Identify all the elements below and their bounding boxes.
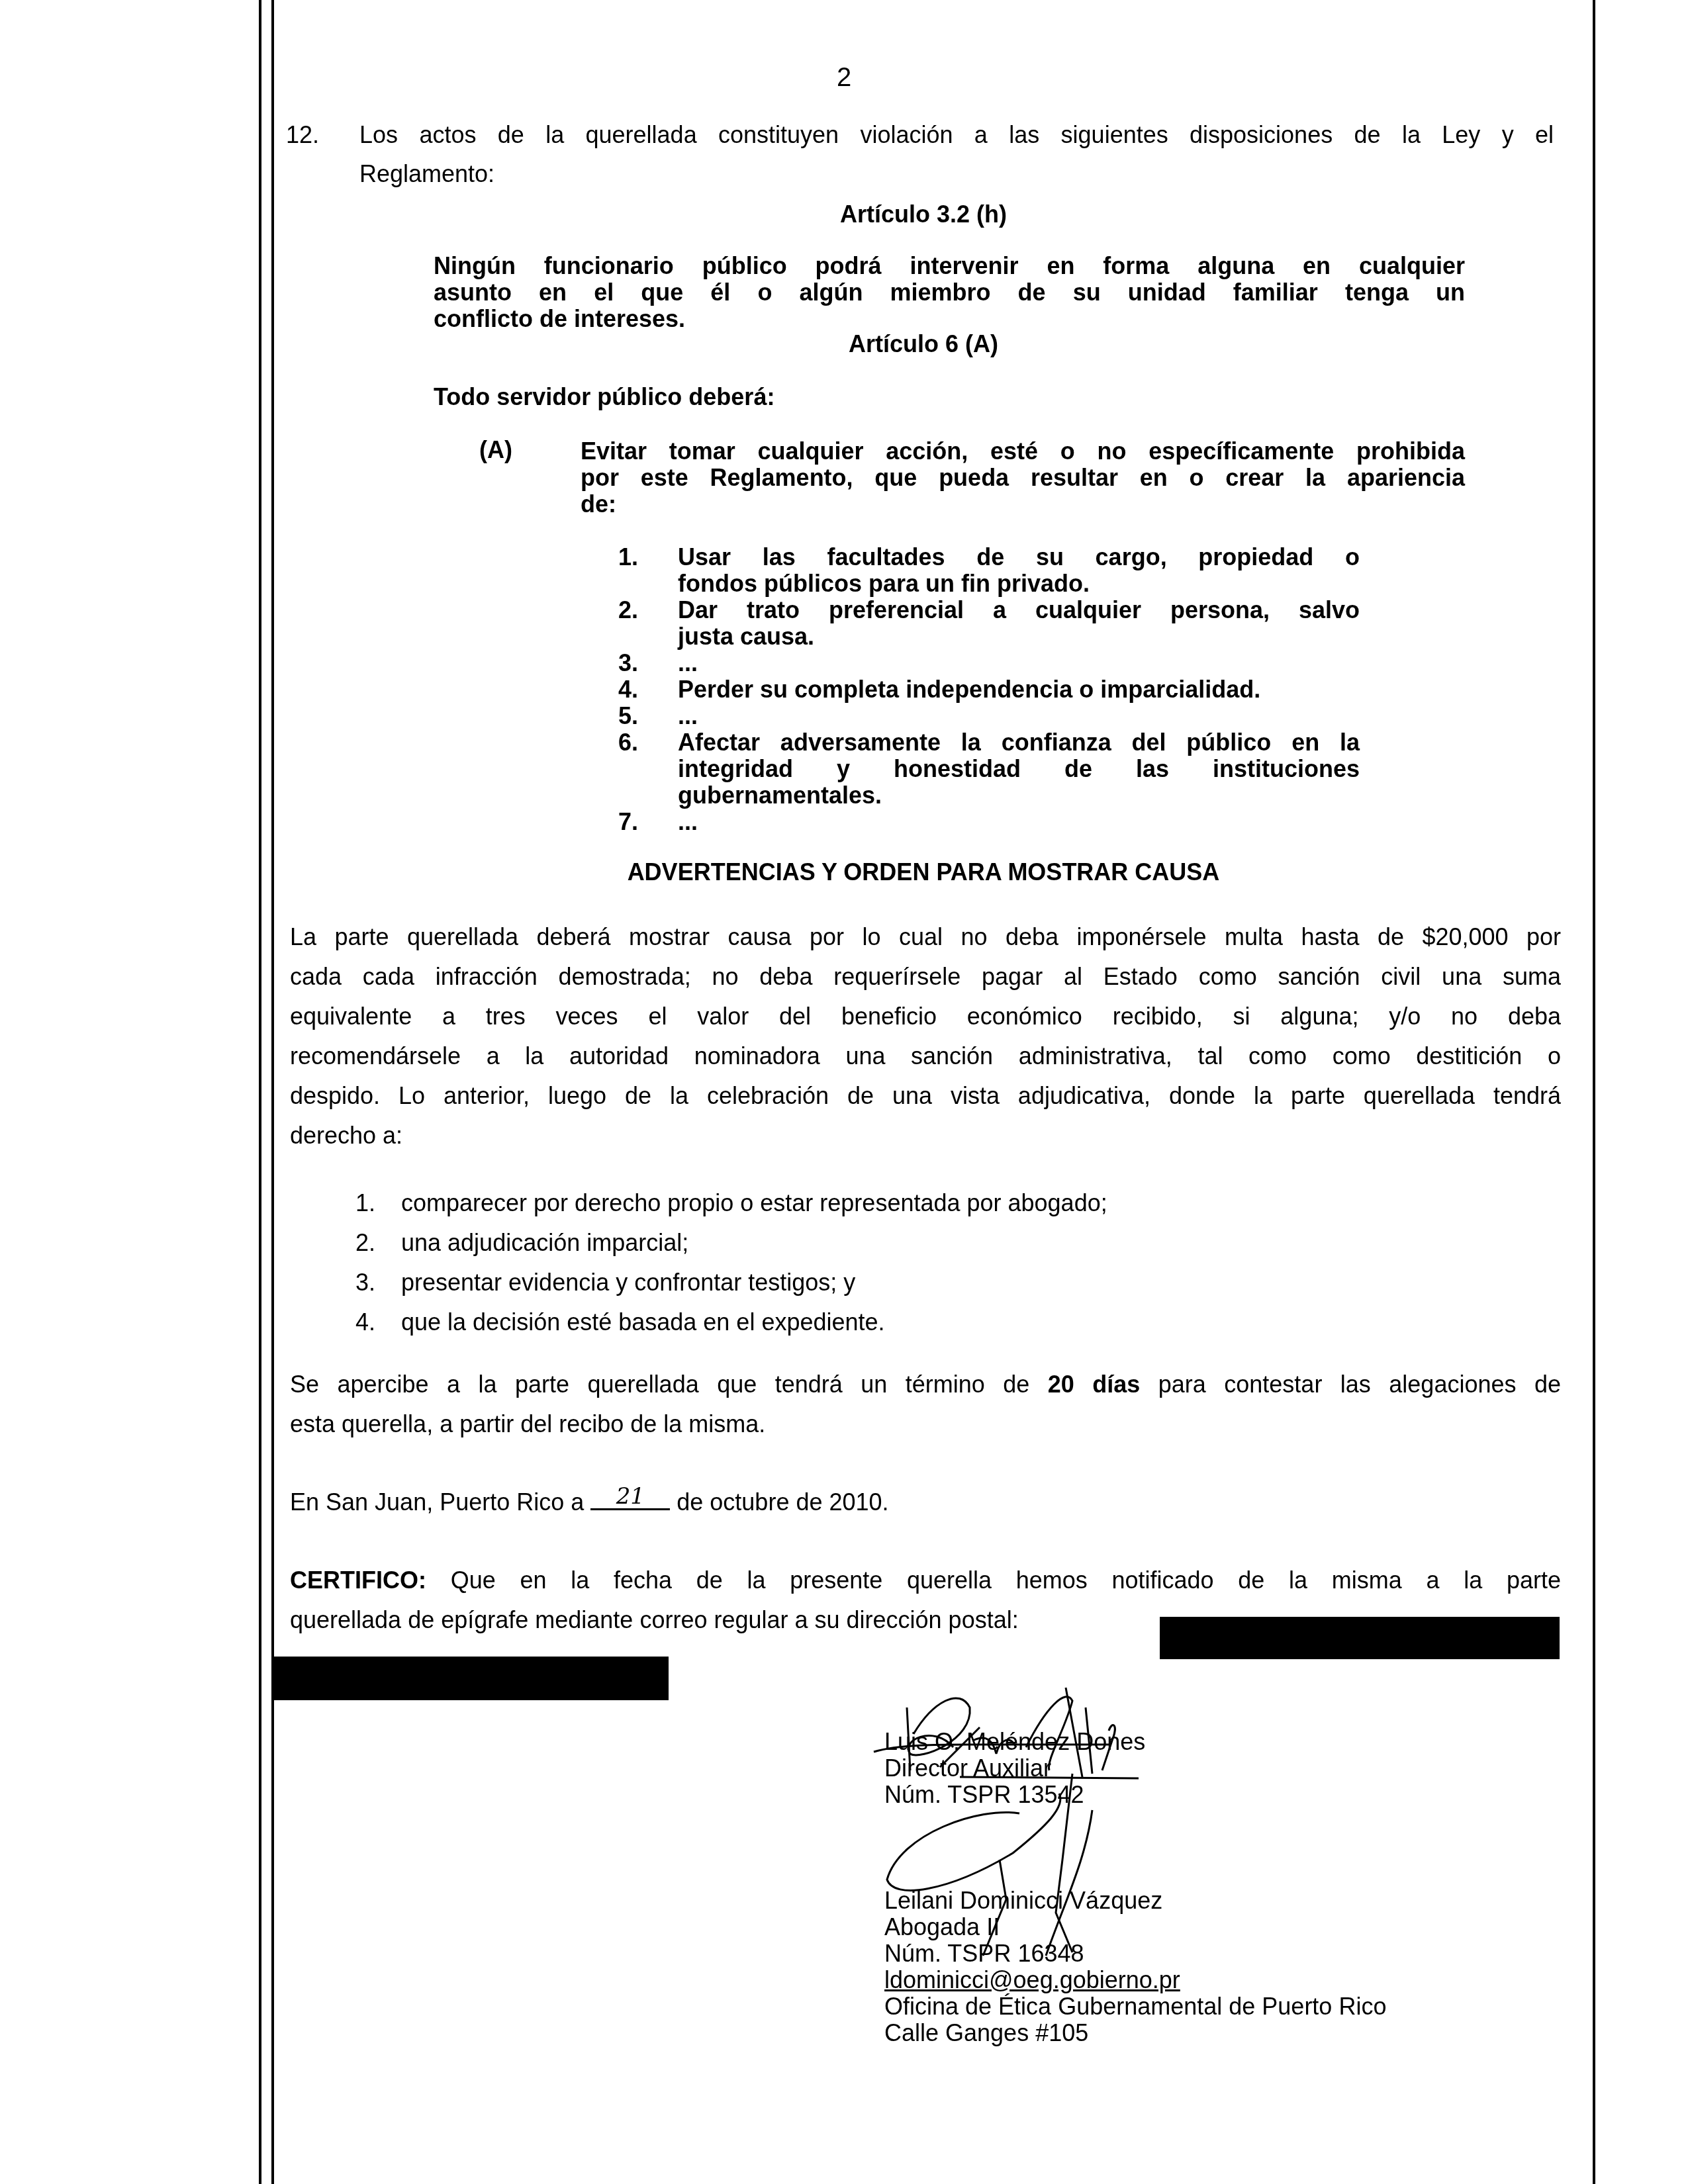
article-6-item-number: 2. [618, 597, 638, 623]
office-address: Calle Ganges #105 [884, 2020, 1088, 2046]
item-12-line1: Los actos de la querellada constituyen v… [359, 123, 1554, 147]
office-name: Oficina de Ética Gubernamental de Puerto… [884, 1993, 1386, 2020]
signer2-title: Abogada II [884, 1914, 1000, 1940]
warnings-line6: derecho a: [290, 1124, 402, 1148]
article-6-item-number: 1. [618, 544, 638, 570]
article-6-item-text: justa causa. [678, 623, 814, 650]
signer2-email-link[interactable]: ldominicci@oeg.gobierno.pr [884, 1967, 1180, 1993]
date-line-pre: En San Juan, Puerto Rico a [290, 1488, 590, 1516]
left-border-inner [271, 0, 274, 2184]
clause-a-line3: de: [581, 491, 616, 518]
article-6-item-text: ... [678, 650, 698, 676]
clause-a-line2: por este Reglamento, que pueda resultar … [581, 465, 1465, 491]
article-6-intro: Todo servidor público deberá: [434, 385, 774, 409]
article-6-item-text: integridad y honestidad de las instituci… [678, 756, 1360, 782]
article-6-title: Artículo 6 (A) [0, 332, 1688, 356]
article-6-item-text: fondos públicos para un fin privado. [678, 570, 1090, 597]
article-3-2-line1: Ningún funcionario público podrá interve… [434, 253, 1465, 279]
certification-line1: CERTIFICO: Que en la fecha de la present… [290, 1569, 1561, 1592]
warnings-line5: despido. Lo anterior, luego de la celebr… [290, 1084, 1561, 1108]
warnings-heading: ADVERTENCIAS Y ORDEN PARA MOSTRAR CAUSA [0, 860, 1688, 884]
notice-line1-post: para contestar las alegaciones de [1140, 1371, 1561, 1398]
handwritten-day: 21 [590, 1484, 670, 1510]
warnings-line1: La parte querellada deberá mostrar causa… [290, 925, 1561, 949]
warnings-line3: equivalente a tres veces el valor del be… [290, 1005, 1561, 1028]
right-3-text: presentar evidencia y confrontar testigo… [401, 1271, 855, 1295]
article-3-2-line2: asunto en el que él o algún miembro de s… [434, 279, 1465, 306]
warnings-line4: recomendársele a la autoridad nominadora… [290, 1044, 1561, 1068]
redacted-address-part2 [274, 1657, 669, 1700]
clause-a-line1: Evitar tomar cualquier acción, esté o no… [581, 438, 1465, 465]
right-1-number: 1. [355, 1191, 375, 1215]
signer2-bar-number: Núm. TSPR 16348 [884, 1940, 1084, 1967]
date-line-post: de octubre de 2010. [670, 1488, 888, 1516]
left-border-outer [259, 0, 261, 2184]
certification-label: CERTIFICO: [290, 1567, 426, 1594]
right-2-text: una adjudicación imparcial; [401, 1231, 688, 1255]
right-4-text: que la decisión esté basada en el expedi… [401, 1310, 885, 1334]
certification-line1-rest: Que en la fecha de la presente querella … [426, 1567, 1561, 1594]
article-6-item-text: ... [678, 703, 698, 729]
signer1-bar-number: Núm. TSPR 13542 [884, 1782, 1084, 1808]
item-12-number: 12. [286, 123, 319, 147]
item-12-line2: Reglamento: [359, 162, 494, 186]
right-3-number: 3. [355, 1271, 375, 1295]
date-line: En San Juan, Puerto Rico a 21 de octubre… [290, 1490, 889, 1517]
notice-term: 20 días [1048, 1371, 1141, 1398]
article-6-item-number: 4. [618, 676, 638, 703]
page-number: 2 [0, 63, 1688, 93]
article-6-item-text: Dar trato preferencial a cualquier perso… [678, 597, 1360, 623]
redacted-address-part1 [1160, 1617, 1560, 1659]
certification-line2: querellada de epígrafe mediante correo r… [290, 1608, 1019, 1632]
right-border [1593, 0, 1595, 2184]
signer1-name: Luis O. Meléndez Dones [884, 1729, 1145, 1755]
article-6-item-text: Usar las facultades de su cargo, propied… [678, 544, 1360, 570]
article-3-2-line3: conflicto de intereses. [434, 306, 685, 332]
clause-a-label: (A) [479, 438, 512, 462]
article-6-item-number: 6. [618, 729, 638, 756]
right-1-text: comparecer por derecho propio o estar re… [401, 1191, 1107, 1215]
signer2-name: Leilani Dominicci Vázquez [884, 1888, 1162, 1914]
notice-line2: esta querella, a partir del recibo de la… [290, 1412, 765, 1436]
article-6-item-text: Perder su completa independencia o impar… [678, 676, 1260, 703]
warnings-line2: cada cada infracción demostrada; no deba… [290, 965, 1561, 989]
article-6-item-number: 7. [618, 809, 638, 835]
notice-line1-pre: Se apercibe a la parte querellada que te… [290, 1371, 1048, 1398]
signer1-title: Director Auxiliar [884, 1755, 1051, 1782]
article-6-item-number: 5. [618, 703, 638, 729]
right-2-number: 2. [355, 1231, 375, 1255]
article-6-item-text: ... [678, 809, 698, 835]
notice-line1: Se apercibe a la parte querellada que te… [290, 1373, 1561, 1396]
right-4-number: 4. [355, 1310, 375, 1334]
article-6-item-text: gubernamentales. [678, 782, 882, 809]
article-6-item-text: Afectar adversamente la confianza del pú… [678, 729, 1360, 756]
article-6-item-number: 3. [618, 650, 638, 676]
article-3-2-title: Artículo 3.2 (h) [0, 203, 1688, 226]
